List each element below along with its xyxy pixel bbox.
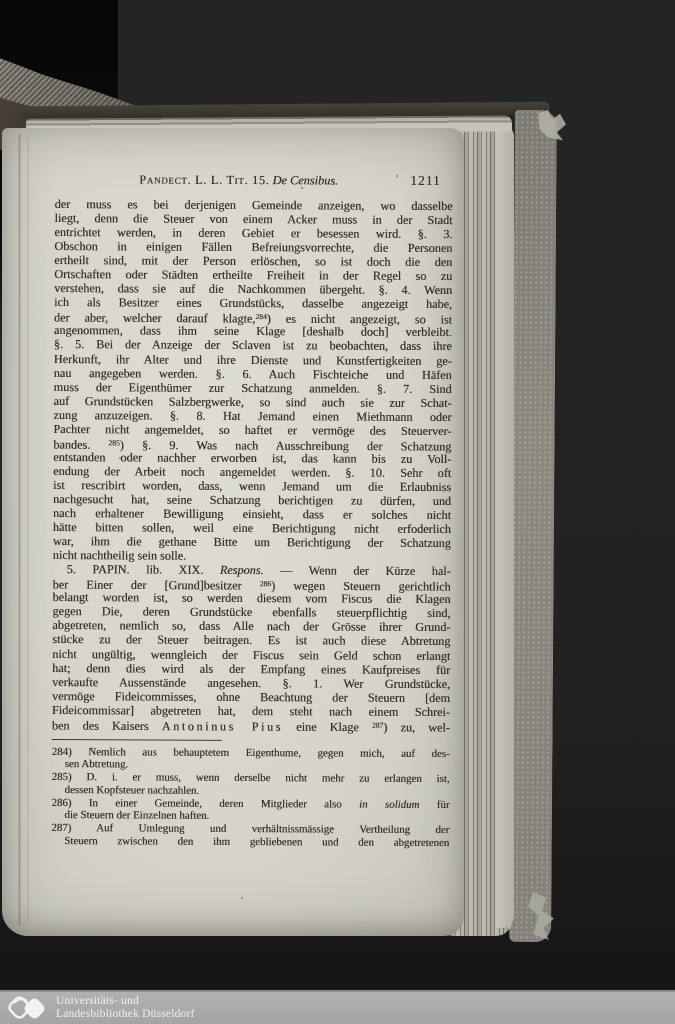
running-title-italic: De Censibus. xyxy=(273,173,339,187)
page-number: 1211 xyxy=(410,173,441,189)
running-title-text: Pandect. L. L. Tit. 15. xyxy=(139,172,269,187)
body-line: ben des Kaisers Antoninus Pius eine Klag… xyxy=(52,717,450,733)
facing-page-edge xyxy=(496,126,514,928)
library-name-line2: Landesbibliothek Düsseldorf xyxy=(56,1008,195,1022)
footnotes: 284) Nemlich aus behauptetem Eigenthume,… xyxy=(51,746,450,850)
page-header: Pandect. L. L. Tit. 15. De Censibus. 121… xyxy=(55,172,453,190)
body-text: der muss es bei derjenigen Gemeinde anze… xyxy=(52,197,453,733)
running-title: Pandect. L. L. Tit. 15. De Censibus. xyxy=(55,172,423,189)
library-logo-icon xyxy=(0,991,56,1024)
library-name-line1: Universitäts- und xyxy=(56,995,195,1009)
library-name: Universitäts- und Landesbibliothek Düsse… xyxy=(56,995,195,1022)
footnote-separator xyxy=(52,739,222,741)
footnote-line: Steuern zwischen den ihm gebliebenen und… xyxy=(51,835,449,850)
page-crease-faint xyxy=(27,138,29,922)
book-cover-right-board xyxy=(509,110,557,942)
page-content: Pandect. L. L. Tit. 15. De Censibus. 121… xyxy=(51,128,453,849)
book-page: Pandect. L. L. Tit. 15. De Censibus. 121… xyxy=(2,128,464,936)
library-footer-bar: Universitäts- und Landesbibliothek Düsse… xyxy=(0,990,675,1024)
page-crease xyxy=(18,134,21,926)
